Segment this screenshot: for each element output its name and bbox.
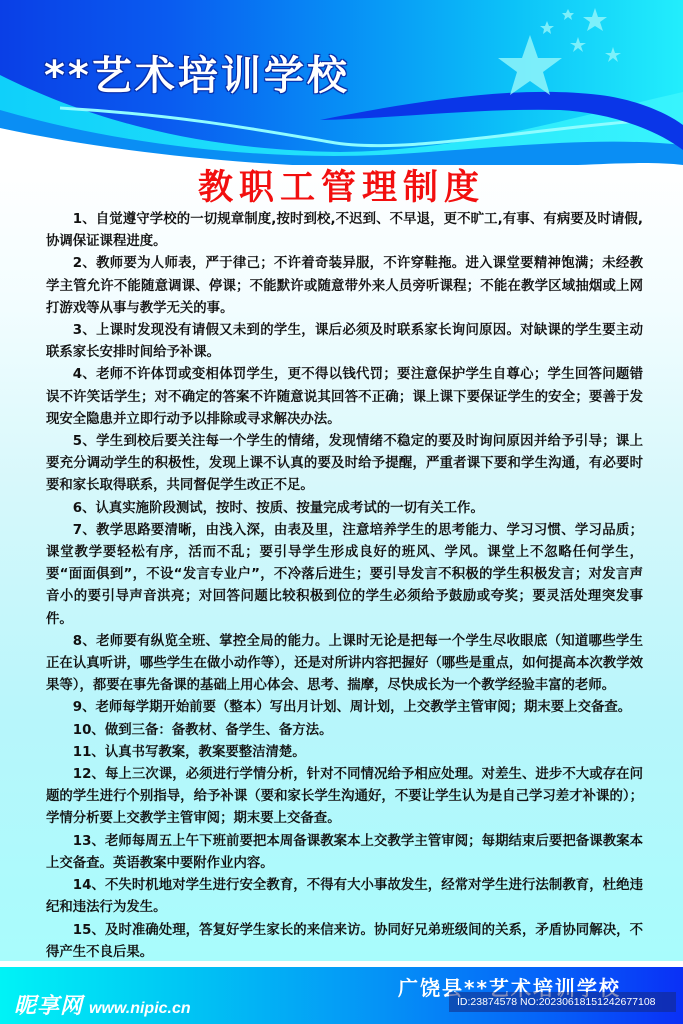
watermark-logo: 昵享网 <box>14 989 83 1020</box>
rule-item: 4、老师不许体罚或变相体罚学生，更不得以钱代罚；要注意保护学生自尊心；学生回答问… <box>46 364 643 431</box>
rule-item: 9、老师每学期开始前要（整本）写出月计划、周计划，上交教学主管审阅；期末要上交备… <box>46 697 643 719</box>
rule-item: 15、及时准确处理，答复好学生家长的来信来访。协同好兄弟班级间的关系，矛盾协同解… <box>46 920 643 964</box>
rule-item: 11、认真书写教案，教案要整洁清楚。 <box>46 742 643 764</box>
star-icons <box>498 8 621 95</box>
rule-item: 1、自觉遵守学校的一切规章制度,按时到校,不迟到、不早退，更不旷工,有事、有病要… <box>46 209 643 253</box>
watermark: 昵享网 www.nipic.cn <box>14 989 191 1020</box>
document-title: 教职工管理制度 <box>0 160 683 210</box>
rule-item: 8、老师要有纵览全班、掌控全局的能力。上课时无论是把每一个学生尽收眼底（知道哪些… <box>46 631 643 698</box>
footer-banner: 广饶县**艺术培训学校 昵享网 www.nipic.cn ID:23874578… <box>0 967 683 1024</box>
rule-item: 3、上课时发现没有请假又未到的学生，课后必须及时联系家长询问原因。对缺课的学生要… <box>46 320 643 364</box>
image-id-label: ID:23874578 NO:20230618151242677108 <box>449 992 676 1012</box>
rule-item: 14、不失时机地对学生进行安全教育，不得有大小事故发生，经常对学生进行法制教育，… <box>46 875 643 919</box>
header-banner: **艺术培训学校 <box>0 0 683 170</box>
rule-item: 12、每上三次课，必须进行学情分析，针对不同情况给予相应处理。对差生、进步不大或… <box>46 764 643 831</box>
rule-item: 6、认真实施阶段测试，按时、按质、按量完成考试的一切有关工作。 <box>46 498 643 520</box>
rule-item: 5、学生到校后要关注每一个学生的情绪，发现情绪不稳定的要及时询问原因并给予引导；… <box>46 431 643 498</box>
rule-item: 13、老师每周五上午下班前要把本周备课教案本上交教学主管审阅；每期结束后要把备课… <box>46 831 643 875</box>
rule-item: 2、教师要为人师表，严于律己；不许着奇装异服，不许穿鞋拖。进入课堂要精神饱满；未… <box>46 253 643 320</box>
rules-list: 1、自觉遵守学校的一切规章制度,按时到校,不迟到、不早退，更不旷工,有事、有病要… <box>46 209 643 986</box>
rule-item: 10、做到三备：备教材、备学生、备方法。 <box>46 720 643 742</box>
school-name-heading: **艺术培训学校 <box>44 44 350 101</box>
watermark-url: www.nipic.cn <box>89 1000 191 1018</box>
rule-item: 7、教学思路要清晰，由浅入深，由表及里，注意培养学生的思考能力、学习习惯、学习品… <box>46 520 643 631</box>
